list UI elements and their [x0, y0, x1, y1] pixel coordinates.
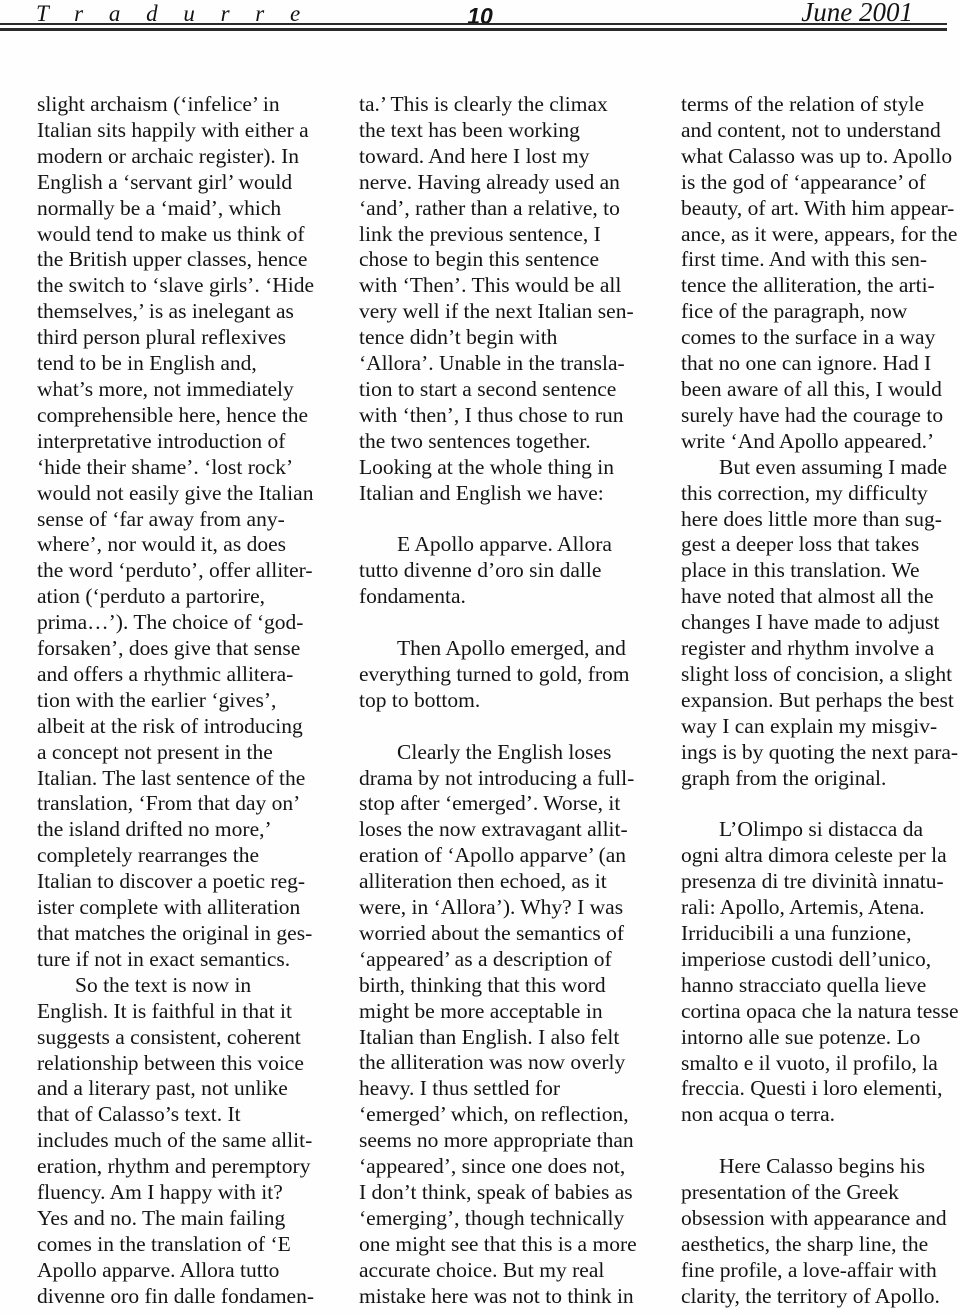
page-header: T r a d u r r e 10 June 2001: [0, 0, 960, 34]
journal-page: T r a d u r r e 10 June 2001 slight arch…: [0, 0, 960, 1314]
header-rule: [0, 23, 947, 31]
text-column-3: terms of the relation of style and conte…: [681, 92, 960, 1310]
paragraph: E Apollo apparve. Allora tutto divenne d…: [359, 532, 652, 610]
text-column-1: slight archaism (‘infelice’ in Italian s…: [37, 92, 330, 1310]
paragraph: slight archaism (‘infelice’ in Italian s…: [37, 92, 330, 973]
paragraph: Then Apollo emerged, and everything turn…: [359, 636, 652, 714]
paragraph: Clearly the English loses drama by not i…: [359, 740, 652, 1310]
paragraph: terms of the relation of style and conte…: [681, 92, 960, 455]
paragraph: But even assuming I made this correction…: [681, 455, 960, 792]
paragraph: Here Calasso begins his presentation of …: [681, 1154, 960, 1309]
text-column-2: ta.’ This is clearly the climax the text…: [359, 92, 652, 1310]
paragraph: ta.’ This is clearly the climax the text…: [359, 92, 652, 507]
article-body: slight archaism (‘infelice’ in Italian s…: [37, 92, 960, 1310]
paragraph: L’Olimpo si distacca da ogni altra dimor…: [681, 817, 960, 1128]
paragraph: So the text is now in English. It is fai…: [37, 973, 330, 1310]
